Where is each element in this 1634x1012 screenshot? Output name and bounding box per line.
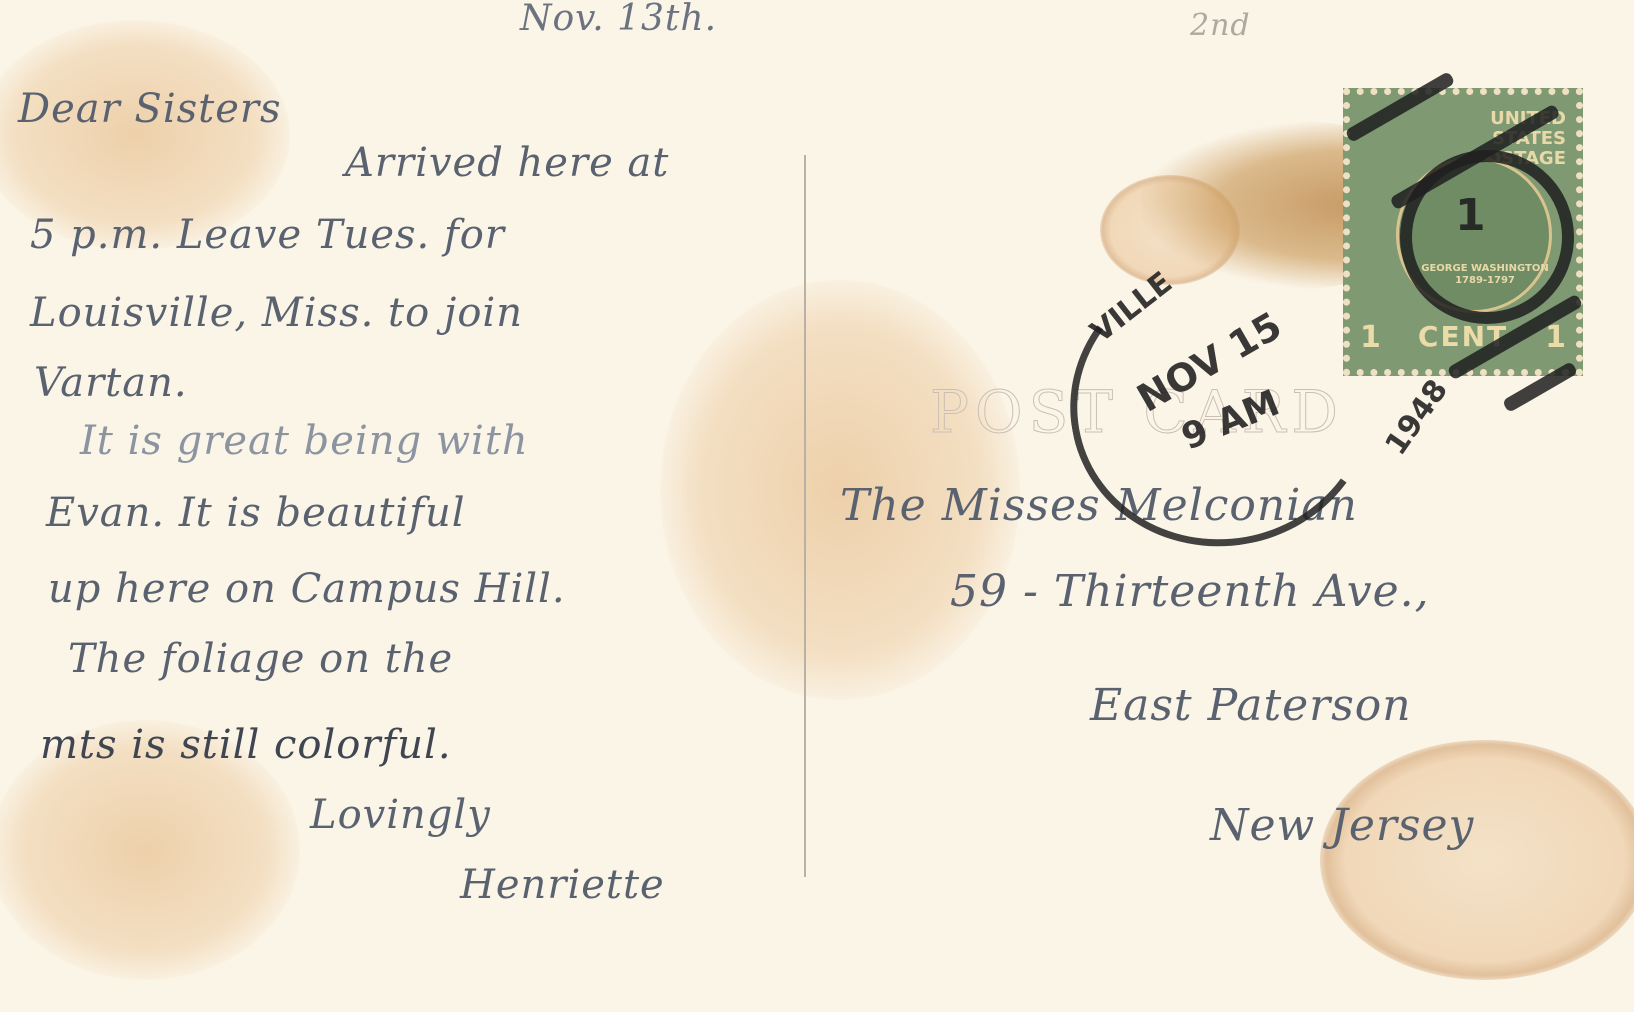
message-line: Vartan.	[34, 360, 188, 406]
message-line: The foliage on the	[68, 636, 453, 682]
postmark-year: 1948	[1378, 373, 1455, 461]
message-line: up here on Campus Hill.	[48, 566, 566, 612]
killer-number: 1	[1455, 190, 1486, 241]
message-closing: Lovingly	[310, 792, 491, 838]
address-line-street: 59 - Thirteenth Ave.,	[950, 566, 1430, 617]
corner-note: 2nd	[1190, 8, 1251, 43]
message-line: Dear Sisters	[18, 86, 282, 132]
center-divider	[804, 155, 806, 877]
message-line: It is great being with	[80, 418, 529, 464]
message-line: 5 p.m. Leave Tues. for	[30, 212, 505, 258]
message-line: Arrived here at	[345, 140, 669, 186]
message-signature: Henriette	[460, 862, 665, 908]
address-line-city: East Paterson	[1090, 680, 1412, 731]
postcard-back: 2nd Nov. 13th. POST CARD Dear Sisters Ar…	[0, 0, 1634, 1012]
date-written: Nov. 13th.	[520, 0, 717, 39]
address-line-state: New Jersey	[1210, 800, 1474, 851]
message-line: Louisville, Miss. to join	[30, 290, 523, 336]
message-line: mts is still colorful.	[40, 722, 452, 768]
stain	[1320, 740, 1634, 980]
message-line: Evan. It is beautiful	[46, 490, 466, 536]
